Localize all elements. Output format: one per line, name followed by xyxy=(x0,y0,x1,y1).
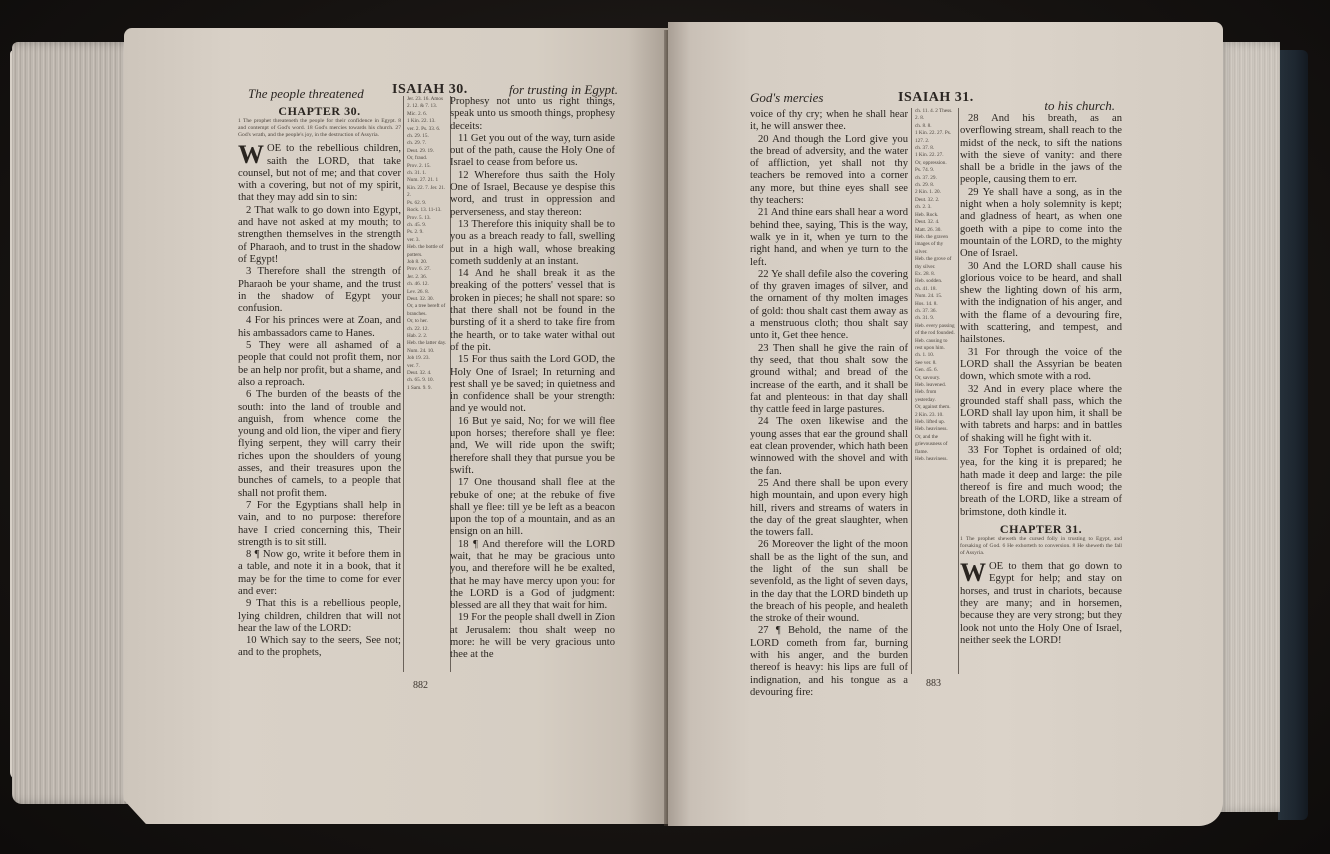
verse: 15 For thus saith the Lord GOD, the Holy… xyxy=(450,354,615,415)
cross-reference: 1 Sam. 9. 9. xyxy=(407,385,447,392)
cross-reference: Or, oppression. xyxy=(915,160,955,167)
cross-reference: Or, savoury. xyxy=(915,375,955,382)
cross-reference: Or, against them. xyxy=(915,404,955,411)
cross-reference: Num. 24. 10. xyxy=(407,348,447,355)
cross-reference: ver. 7. xyxy=(407,363,447,370)
cross-reference: Deut. 32. 4. xyxy=(407,370,447,377)
verse: 12 Wherefore thus saith the Holy One of … xyxy=(450,170,615,219)
verse: WOE to the rebellious children, saith th… xyxy=(238,143,401,204)
verse: 2 That walk to go down into Egypt, and h… xyxy=(238,205,401,266)
cross-reference: Heb. lifted up. xyxy=(915,419,955,426)
cross-reference: 1 Kin. 22. 27. Ps. 127. 2. xyxy=(915,130,955,145)
cross-reference: ch. 29. 15. xyxy=(407,133,447,140)
verse: 9 That this is a rebellious people, lyin… xyxy=(238,598,401,635)
cross-reference: ch. 37. 8. xyxy=(915,145,955,152)
left-col1-verses: WOE to the rebellious children, saith th… xyxy=(238,143,401,659)
verse: 20 And though the Lord give you the brea… xyxy=(750,134,908,208)
left-column-1: CHAPTER 30. 1 The prophet threateneth th… xyxy=(238,103,401,660)
verse: 33 For Tophet is ordained of old; yea, f… xyxy=(960,445,1122,519)
verse: 3 Therefore shall the strength of Pharao… xyxy=(238,266,401,315)
verse: 26 Moreover the light of the moon shall … xyxy=(750,539,908,625)
cross-reference: Jer. 23. 16. Amos 2. 12. & 7. 13. Mic. 2… xyxy=(407,96,447,118)
verse: 7 For the Egyptians shall help in vain, … xyxy=(238,500,401,549)
verse: 6 The burden of the beasts of the south:… xyxy=(238,389,401,500)
left-cross-references: Jer. 23. 16. Amos 2. 12. & 7. 13. Mic. 2… xyxy=(403,96,451,672)
cross-reference: Or, to her. xyxy=(407,318,447,325)
cross-reference: Heb. the grove of thy silver. xyxy=(915,256,955,271)
cross-reference: Num. 27. 21. 1 Kin. 22. 7. Jer. 21. 2. xyxy=(407,177,447,199)
verse: 18 ¶ And therefore will the LORD wait, t… xyxy=(450,539,615,613)
right-running-head-right: to his church. xyxy=(1044,98,1115,114)
right-column-2: 28 And his breath, as an overflowing str… xyxy=(960,113,1122,647)
cross-reference: ch. 22. 12. xyxy=(407,326,447,333)
cross-reference: ch. 29. 8. xyxy=(915,182,955,189)
cross-reference: Hab. 2. 2. xyxy=(407,333,447,340)
cross-reference: Gen. 45. 6. xyxy=(915,367,955,374)
cross-reference: Heb. every passing of the rod founded. xyxy=(915,323,955,338)
cross-reference: 2 Kin. 1. 20. xyxy=(915,189,955,196)
cross-reference: Deut. 32. 2. xyxy=(915,197,955,204)
cross-reference: Prov. 5. 13. xyxy=(407,215,447,222)
verse: 27 ¶ Behold, the name of the LORD cometh… xyxy=(750,625,908,699)
right-col2-verses: 28 And his breath, as an overflowing str… xyxy=(960,113,1122,519)
cross-reference: Ps. 2. 9. xyxy=(407,229,447,236)
cross-reference: Ex. 28. 8. xyxy=(915,271,955,278)
cross-reference: ch. 2. 3. xyxy=(915,204,955,211)
cross-reference: Hos. 14. 8. xyxy=(915,301,955,308)
right-column-1: voice of thy cry; when he shall hear it,… xyxy=(750,109,908,699)
cross-reference: Job 19. 23. xyxy=(407,355,447,362)
verse: 10 Which say to the seers, See not; and … xyxy=(238,635,401,660)
cross-reference: ch. 31. 9. xyxy=(915,315,955,322)
verse: 23 Then shall he give the rain of thy se… xyxy=(750,343,908,417)
right-page-number: 883 xyxy=(926,678,941,689)
right-cross-references: ch. 11. 4. 2 Thess. 2. 8.ch. 8. 8.1 Kin.… xyxy=(911,108,959,674)
cross-reference: Jer. 2. 36. xyxy=(407,274,447,281)
verse: 16 But ye said, No; for we will flee upo… xyxy=(450,416,615,477)
cross-reference: ch. 46. 12. xyxy=(407,281,447,288)
cross-reference: See ver. 8. xyxy=(915,360,955,367)
cross-reference: Heb. from yesterday. xyxy=(915,389,955,404)
chapter-30-summary: 1 The prophet threateneth the people for… xyxy=(238,118,401,139)
cross-reference: ch. 31. 1. xyxy=(407,170,447,177)
verse: 31 For through the voice of the LORD sha… xyxy=(960,347,1122,384)
cross-reference: Heb. Rock. xyxy=(915,212,955,219)
cross-reference: Prov. 6. 27. xyxy=(407,266,447,273)
cross-reference: Deut. 32. 4. xyxy=(915,219,955,226)
cross-reference: ch. 65. 9. 10. xyxy=(407,377,447,384)
verse: 5 They were all ashamed of a people that… xyxy=(238,340,401,389)
drop-cap: W xyxy=(238,144,264,166)
cross-reference: Lev. 26. 8. xyxy=(407,289,447,296)
verse: 19 For the people shall dwell in Zion at… xyxy=(450,612,615,661)
verse: 17 One thousand shall flee at the rebuke… xyxy=(450,477,615,538)
cross-reference: ch. 8. 8. xyxy=(915,123,955,130)
verse: 11 Get you out of the way, turn aside ou… xyxy=(450,133,615,170)
drop-cap: W xyxy=(960,562,986,584)
verse: 13 Therefore this iniquity shall be to y… xyxy=(450,219,615,268)
verse: 14 And he shall break it as the breaking… xyxy=(450,268,615,354)
left-column-2: Prophesy not unto us right things, speak… xyxy=(450,96,615,662)
cross-reference: Heb. the latter day. xyxy=(407,340,447,347)
verse: 32 And in every place where the grounded… xyxy=(960,384,1122,445)
verse: 8 ¶ Now go, write it before them in a ta… xyxy=(238,549,401,598)
cross-reference: 1 Kin. 22. 13. xyxy=(407,118,447,125)
chapter-30-title: CHAPTER 30. xyxy=(238,105,401,117)
cross-reference: ch. 37. 29. xyxy=(915,175,955,182)
verse: 4 For his princes were at Zoan, and his … xyxy=(238,315,401,340)
cross-reference: Or, fraud. xyxy=(407,155,447,162)
cross-reference: ch. 1. 10. xyxy=(915,352,955,359)
right-running-head-center: ISAIAH 31. xyxy=(898,90,974,106)
cross-reference: Num. 24. 15. xyxy=(915,293,955,300)
cross-reference: 2 Kin. 23. 10. xyxy=(915,412,955,419)
verse: 25 And there shall be upon every high mo… xyxy=(750,478,908,539)
chapter-31-summary: 1 The prophet sheweth the cursed folly i… xyxy=(960,536,1122,557)
verse: 21 And thine ears shall hear a word behi… xyxy=(750,207,908,268)
page-stack-right xyxy=(1218,42,1280,812)
cross-reference: ver. 3. xyxy=(407,237,447,244)
verse: 22 Ye shall defile also the covering of … xyxy=(750,269,908,343)
cross-reference: Heb. the graven images of thy silver. xyxy=(915,234,955,256)
cross-reference: ch. 37. 36. xyxy=(915,308,955,315)
cross-reference: Matt. 26. 30. xyxy=(915,227,955,234)
cross-reference: Heb. sodden. xyxy=(915,278,955,285)
cross-reference: ch. 11. 4. 2 Thess. 2. 8. xyxy=(915,108,955,123)
cross-reference: Or, a tree bereft of branches. xyxy=(407,303,447,318)
chapter-31-verse-1: WOE to them that go down to Egypt for he… xyxy=(960,561,1122,647)
cross-reference: Rock. 13. 11-13. xyxy=(407,207,447,214)
verse: 30 And the LORD shall cause his glorious… xyxy=(960,261,1122,347)
cross-reference: ver. 2. Ps. 33. 6. xyxy=(407,126,447,133)
left-running-head-left: The people threatened xyxy=(248,86,364,102)
verse: 24 The oxen likewise and the young asses… xyxy=(750,416,908,477)
cross-reference: Heb. heaviness. xyxy=(915,456,955,463)
verse: 28 And his breath, as an overflowing str… xyxy=(960,113,1122,187)
cross-reference: 1 Kin. 22. 27. xyxy=(915,152,955,159)
cross-reference: ch. 29. 7. xyxy=(407,140,447,147)
cross-reference: ch. 41. 18. xyxy=(915,286,955,293)
cross-reference: Heb. heaviness. xyxy=(915,426,955,433)
cross-reference: Ps. 74. 9. xyxy=(915,167,955,174)
cross-reference: Heb. causing to rest upon him. xyxy=(915,338,955,353)
verse: 29 Ye shall have a song, as in the night… xyxy=(960,187,1122,261)
cross-reference: Ps. 62. 9. xyxy=(407,200,447,207)
chapter-31-title: CHAPTER 31. xyxy=(960,523,1122,535)
verse: Prophesy not unto us right things, speak… xyxy=(450,96,615,133)
cross-reference: ch. 45. 9. xyxy=(407,222,447,229)
cross-reference: Prov. 2. 15. xyxy=(407,163,447,170)
right-running-head-left: God's mercies xyxy=(750,90,823,106)
book-cover-right xyxy=(1278,50,1308,820)
cross-reference: Or, and the grievousness of flame. xyxy=(915,434,955,456)
cross-reference: Job 8. 20. xyxy=(407,259,447,266)
left-page-number: 882 xyxy=(413,680,428,691)
cross-reference: Heb. the bottle of potters. xyxy=(407,244,447,259)
verse: voice of thy cry; when he shall hear it,… xyxy=(750,109,908,134)
